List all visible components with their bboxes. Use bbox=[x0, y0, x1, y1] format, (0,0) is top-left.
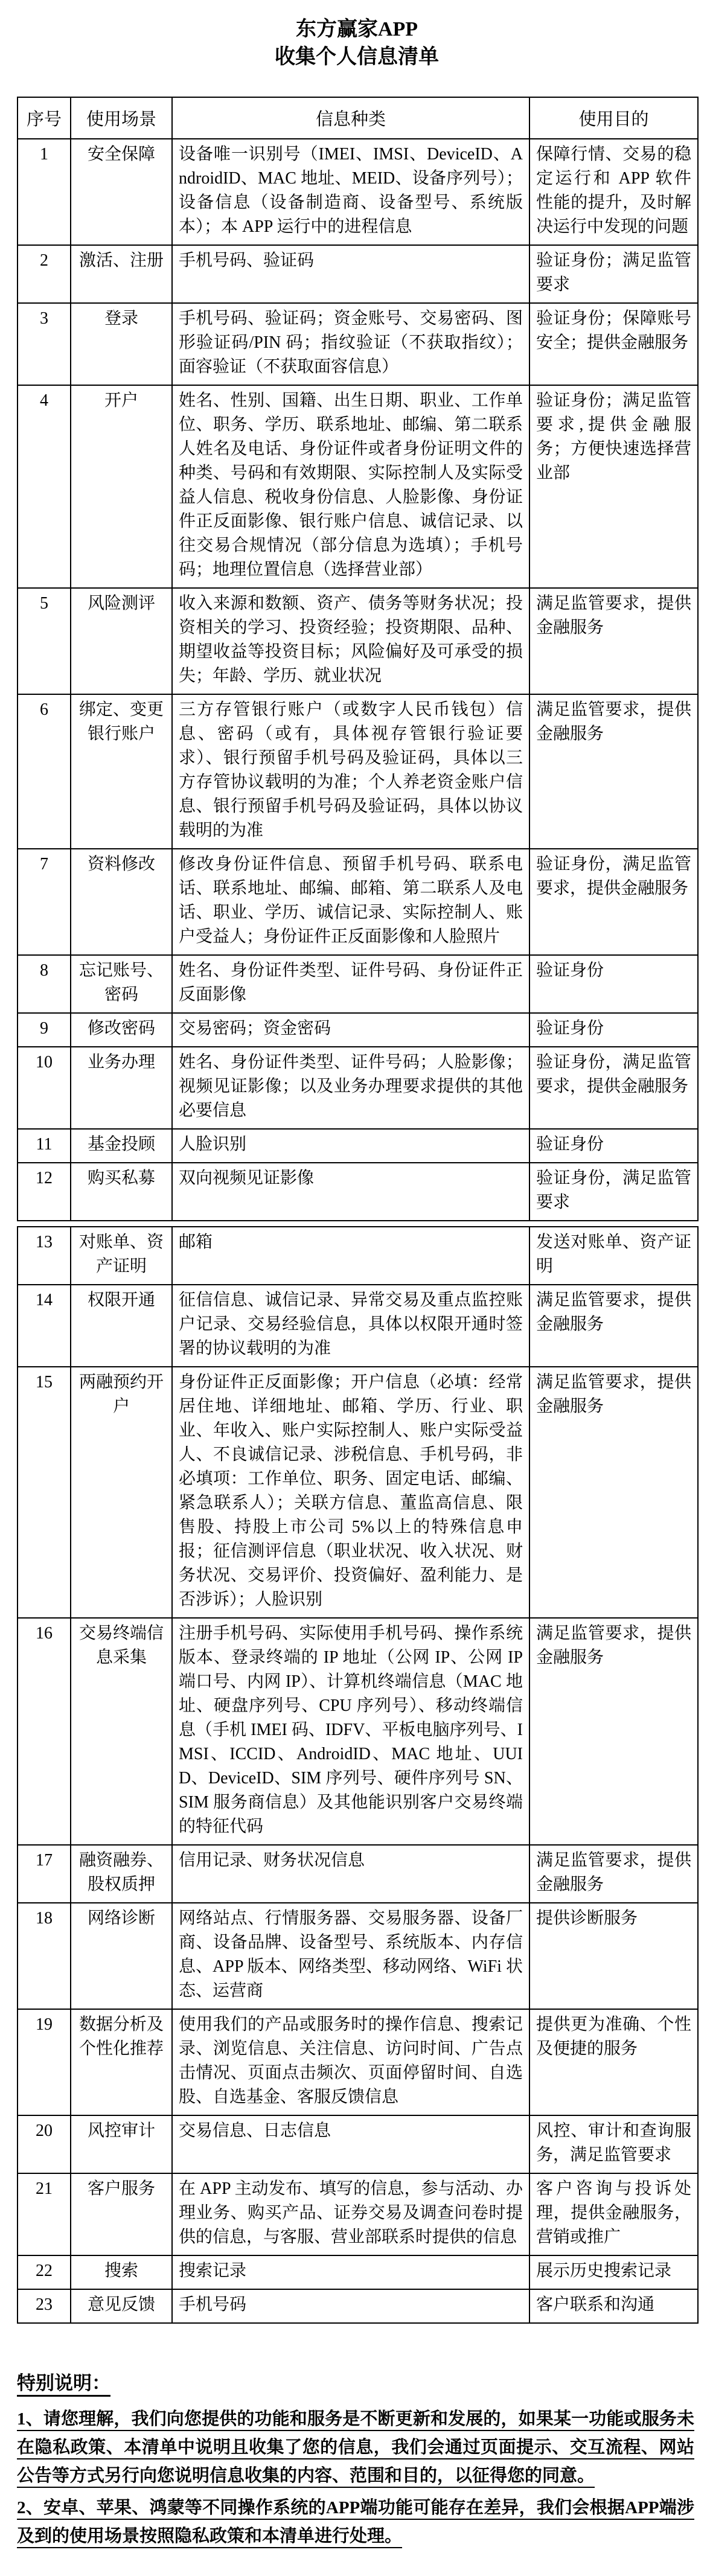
note-item-2: 2、安卓、苹果、鸿蒙等不同操作系统的APP端功能可能存在差异，我们会根据APP端… bbox=[17, 2494, 694, 2551]
cell-scenario: 意见反馈 bbox=[71, 2289, 172, 2323]
note-item-1: 1、请您理解，我们向您提供的功能和服务是不断更新和发展的，如果某一功能或服务未在… bbox=[17, 2405, 694, 2490]
cell-serial: 14 bbox=[18, 1285, 71, 1367]
cell-serial: 5 bbox=[18, 588, 71, 694]
cell-scenario: 客户服务 bbox=[71, 2173, 172, 2255]
cell-info-types: 邮箱 bbox=[172, 1227, 529, 1285]
cell-scenario: 融资融券、股权质押 bbox=[71, 1845, 172, 1903]
cell-info-types: 手机号码 bbox=[172, 2289, 529, 2323]
cell-info-types: 交易密码；资金密码 bbox=[172, 1013, 529, 1047]
cell-scenario: 两融预约开户 bbox=[71, 1367, 172, 1618]
cell-scenario: 权限开通 bbox=[71, 1285, 172, 1367]
cell-serial: 2 bbox=[18, 245, 71, 303]
column-header-scenario: 使用场景 bbox=[71, 97, 172, 139]
page-break-gap-cell bbox=[18, 1221, 698, 1227]
cell-purpose: 满足监管要求，提供金融服务 bbox=[529, 694, 698, 849]
cell-scenario: 忘记账号、密码 bbox=[71, 955, 172, 1013]
cell-info-types: 姓名、性别、国籍、出生日期、职业、工作单位、职务、学历、联系地址、邮编、第二联系… bbox=[172, 385, 529, 588]
table-row: 11基金投顾人脸识别验证身份 bbox=[18, 1129, 698, 1163]
cell-serial: 4 bbox=[18, 385, 71, 588]
cell-scenario: 数据分析及个性化推荐 bbox=[71, 2009, 172, 2115]
cell-serial: 19 bbox=[18, 2009, 71, 2115]
table-header-row: 序号 使用场景 信息种类 使用目的 bbox=[18, 97, 698, 139]
table-row: 21客户服务在 APP 主动发布、填写的信息，参与活动、办理业务、购买产品、证券… bbox=[18, 2173, 698, 2255]
cell-purpose: 满足监管要求，提供金融服务 bbox=[529, 588, 698, 694]
cell-info-types: 信用记录、财务状况信息 bbox=[172, 1845, 529, 1903]
cell-scenario: 绑定、变更银行账户 bbox=[71, 694, 172, 849]
cell-purpose: 客户咨询与投诉处理，提供金融服务，营销或推广 bbox=[529, 2173, 698, 2255]
cell-serial: 17 bbox=[18, 1845, 71, 1903]
table-row: 10业务办理姓名、身份证件类型、证件号码；人脸影像；视频见证影像；以及业务办理要… bbox=[18, 1047, 698, 1129]
cell-info-types: 搜索记录 bbox=[172, 2255, 529, 2289]
cell-purpose: 验证身份，满足监管要求，提供金融服务 bbox=[529, 1047, 698, 1129]
cell-scenario: 风险测评 bbox=[71, 588, 172, 694]
table-row: 17融资融券、股权质押信用记录、财务状况信息满足监管要求，提供金融服务 bbox=[18, 1845, 698, 1903]
column-header-purpose: 使用目的 bbox=[529, 97, 698, 139]
cell-serial: 15 bbox=[18, 1367, 71, 1618]
cell-info-types: 双向视频见证影像 bbox=[172, 1163, 529, 1221]
cell-purpose: 验证身份；满足监管要求 bbox=[529, 245, 698, 303]
app-title: 东方赢家APP bbox=[17, 16, 697, 43]
document-subtitle: 收集个人信息清单 bbox=[17, 43, 697, 71]
cell-scenario: 资料修改 bbox=[71, 849, 172, 955]
table-row: 9修改密码交易密码；资金密码验证身份 bbox=[18, 1013, 698, 1047]
cell-info-types: 姓名、身份证件类型、证件号码；人脸影像；视频见证影像；以及业务办理要求提供的其他… bbox=[172, 1047, 529, 1129]
cell-info-types: 注册手机号码、实际使用手机号码、操作系统版本、登录终端的 IP 地址（公网 IP… bbox=[172, 1618, 529, 1845]
cell-info-types: 人脸识别 bbox=[172, 1129, 529, 1163]
cell-purpose: 风控、审计和查询服务，满足监管要求 bbox=[529, 2115, 698, 2173]
table-row: 15两融预约开户身份证件正反面影像；开户信息（必填：经常居住地、详细地址、邮箱、… bbox=[18, 1367, 698, 1618]
cell-scenario: 安全保障 bbox=[71, 139, 172, 245]
table-row: 23意见反馈手机号码客户联系和沟通 bbox=[18, 2289, 698, 2323]
page-break-gap bbox=[18, 1221, 698, 1227]
cell-serial: 20 bbox=[18, 2115, 71, 2173]
collection-table-body: 1安全保障设备唯一识别号（IMEI、IMSI、DeviceID、AndroidI… bbox=[18, 139, 698, 2323]
cell-info-types: 设备唯一识别号（IMEI、IMSI、DeviceID、AndroidID、MAC… bbox=[172, 139, 529, 245]
table-row: 12购买私募双向视频见证影像验证身份，满足监管要求 bbox=[18, 1163, 698, 1221]
cell-info-types: 修改身份证件信息、预留手机号码、联系电话、联系地址、邮编、邮箱、第二联系人及电话… bbox=[172, 849, 529, 955]
cell-info-types: 手机号码、验证码；资金账号、交易密码、图形验证码/PIN 码；指纹验证（不获取指… bbox=[172, 303, 529, 385]
table-row: 19数据分析及个性化推荐使用我们的产品或服务时的操作信息、搜索记录、浏览信息、关… bbox=[18, 2009, 698, 2115]
cell-serial: 18 bbox=[18, 1903, 71, 2009]
document-page: 东方赢家APP 收集个人信息清单 序号 使用场景 信息种类 使用目的 1安全保障… bbox=[0, 0, 710, 2576]
cell-scenario: 搜索 bbox=[71, 2255, 172, 2289]
cell-purpose: 满足监管要求，提供金融服务 bbox=[529, 1285, 698, 1367]
column-header-info-types: 信息种类 bbox=[172, 97, 529, 139]
cell-scenario: 对账单、资产证明 bbox=[71, 1227, 172, 1285]
column-header-serial: 序号 bbox=[18, 97, 71, 139]
special-notes-section: 特别说明： 1、请您理解，我们向您提供的功能和服务是不断更新和发展的，如果某一功… bbox=[17, 2351, 694, 2551]
cell-purpose: 验证身份 bbox=[529, 1129, 698, 1163]
personal-info-collection-table: 序号 使用场景 信息种类 使用目的 1安全保障设备唯一识别号（IMEI、IMSI… bbox=[17, 97, 699, 2324]
cell-scenario: 风控审计 bbox=[71, 2115, 172, 2173]
cell-serial: 8 bbox=[18, 955, 71, 1013]
cell-serial: 21 bbox=[18, 2173, 71, 2255]
table-row: 6绑定、变更银行账户三方存管银行账户（或数字人民币钱包）信息、密码（或有，具体视… bbox=[18, 694, 698, 849]
cell-scenario: 业务办理 bbox=[71, 1047, 172, 1129]
cell-info-types: 三方存管银行账户（或数字人民币钱包）信息、密码（或有，具体视存管银行验证要求）、… bbox=[172, 694, 529, 849]
cell-purpose: 提供诊断服务 bbox=[529, 1903, 698, 2009]
table-row: 22搜索搜索记录展示历史搜索记录 bbox=[18, 2255, 698, 2289]
table-row: 14权限开通征信信息、诚信记录、异常交易及重点监控账户记录、交易经验信息，具体以… bbox=[18, 1285, 698, 1367]
cell-scenario: 激活、注册 bbox=[71, 245, 172, 303]
cell-purpose: 验证身份，满足监管要求 bbox=[529, 1163, 698, 1221]
cell-purpose: 发送对账单、资产证明 bbox=[529, 1227, 698, 1285]
table-row: 5风险测评收入来源和数额、资产、债务等财务状况；投资相关的学习、投资经验；投资期… bbox=[18, 588, 698, 694]
cell-purpose: 验证身份；满足监管要求,提供金融服务；方便快速选择营业部 bbox=[529, 385, 698, 588]
table-row: 2激活、注册手机号码、验证码验证身份；满足监管要求 bbox=[18, 245, 698, 303]
table-row: 3登录手机号码、验证码；资金账号、交易密码、图形验证码/PIN 码；指纹验证（不… bbox=[18, 303, 698, 385]
cell-info-types: 网络站点、行情服务器、交易服务器、设备厂商、设备品牌、设备型号、系统版本、内存信… bbox=[172, 1903, 529, 2009]
cell-purpose: 提供更为准确、个性及便捷的服务 bbox=[529, 2009, 698, 2115]
cell-scenario: 购买私募 bbox=[71, 1163, 172, 1221]
title-block: 东方赢家APP 收集个人信息清单 bbox=[17, 16, 697, 71]
cell-purpose: 客户联系和沟通 bbox=[529, 2289, 698, 2323]
table-row: 18网络诊断网络站点、行情服务器、交易服务器、设备厂商、设备品牌、设备型号、系统… bbox=[18, 1903, 698, 2009]
table-row: 16交易终端信息采集注册手机号码、实际使用手机号码、操作系统版本、登录终端的 I… bbox=[18, 1618, 698, 1845]
cell-info-types: 收入来源和数额、资产、债务等财务状况；投资相关的学习、投资经验；投资期限、品种、… bbox=[172, 588, 529, 694]
cell-serial: 23 bbox=[18, 2289, 71, 2323]
table-row: 13对账单、资产证明邮箱发送对账单、资产证明 bbox=[18, 1227, 698, 1285]
cell-info-types: 手机号码、验证码 bbox=[172, 245, 529, 303]
cell-info-types: 征信信息、诚信记录、异常交易及重点监控账户记录、交易经验信息，具体以权限开通时签… bbox=[172, 1285, 529, 1367]
cell-info-types: 姓名、身份证件类型、证件号码、身份证件正反面影像 bbox=[172, 955, 529, 1013]
cell-scenario: 交易终端信息采集 bbox=[71, 1618, 172, 1845]
table-row: 1安全保障设备唯一识别号（IMEI、IMSI、DeviceID、AndroidI… bbox=[18, 139, 698, 245]
cell-info-types: 在 APP 主动发布、填写的信息，参与活动、办理业务、购买产品、证券交易及调查问… bbox=[172, 2173, 529, 2255]
cell-scenario: 网络诊断 bbox=[71, 1903, 172, 2009]
cell-purpose: 满足监管要求，提供金融服务 bbox=[529, 1367, 698, 1618]
cell-scenario: 修改密码 bbox=[71, 1013, 172, 1047]
table-row: 4开户姓名、性别、国籍、出生日期、职业、工作单位、职务、学历、联系地址、邮编、第… bbox=[18, 385, 698, 588]
cell-scenario: 登录 bbox=[71, 303, 172, 385]
notes-heading: 特别说明： bbox=[17, 2370, 110, 2397]
table-row: 8忘记账号、密码姓名、身份证件类型、证件号码、身份证件正反面影像验证身份 bbox=[18, 955, 698, 1013]
cell-serial: 13 bbox=[18, 1227, 71, 1285]
cell-scenario: 基金投顾 bbox=[71, 1129, 172, 1163]
cell-purpose: 验证身份，满足监管要求，提供金融服务 bbox=[529, 849, 698, 955]
cell-serial: 11 bbox=[18, 1129, 71, 1163]
cell-serial: 10 bbox=[18, 1047, 71, 1129]
cell-purpose: 满足监管要求，提供金融服务 bbox=[529, 1618, 698, 1845]
cell-purpose: 保障行情、交易的稳定运行和 APP 软件性能的提升，及时解决运行中发现的问题 bbox=[529, 139, 698, 245]
cell-serial: 12 bbox=[18, 1163, 71, 1221]
table-row: 7资料修改修改身份证件信息、预留手机号码、联系电话、联系地址、邮编、邮箱、第二联… bbox=[18, 849, 698, 955]
cell-serial: 16 bbox=[18, 1618, 71, 1845]
table-row: 20风控审计交易信息、日志信息风控、审计和查询服务，满足监管要求 bbox=[18, 2115, 698, 2173]
cell-info-types: 身份证件正反面影像；开户信息（必填：经常居住地、详细地址、邮箱、学历、行业、职业… bbox=[172, 1367, 529, 1618]
cell-serial: 3 bbox=[18, 303, 71, 385]
cell-info-types: 交易信息、日志信息 bbox=[172, 2115, 529, 2173]
cell-purpose: 验证身份 bbox=[529, 1013, 698, 1047]
cell-serial: 22 bbox=[18, 2255, 71, 2289]
cell-purpose: 验证身份；保障账号安全；提供金融服务 bbox=[529, 303, 698, 385]
cell-serial: 7 bbox=[18, 849, 71, 955]
cell-serial: 9 bbox=[18, 1013, 71, 1047]
cell-purpose: 满足监管要求，提供金融服务 bbox=[529, 1845, 698, 1903]
cell-purpose: 展示历史搜索记录 bbox=[529, 2255, 698, 2289]
cell-info-types: 使用我们的产品或服务时的操作信息、搜索记录、浏览信息、关注信息、访问时间、广告点… bbox=[172, 2009, 529, 2115]
cell-serial: 1 bbox=[18, 139, 71, 245]
cell-scenario: 开户 bbox=[71, 385, 172, 588]
cell-purpose: 验证身份 bbox=[529, 955, 698, 1013]
cell-serial: 6 bbox=[18, 694, 71, 849]
